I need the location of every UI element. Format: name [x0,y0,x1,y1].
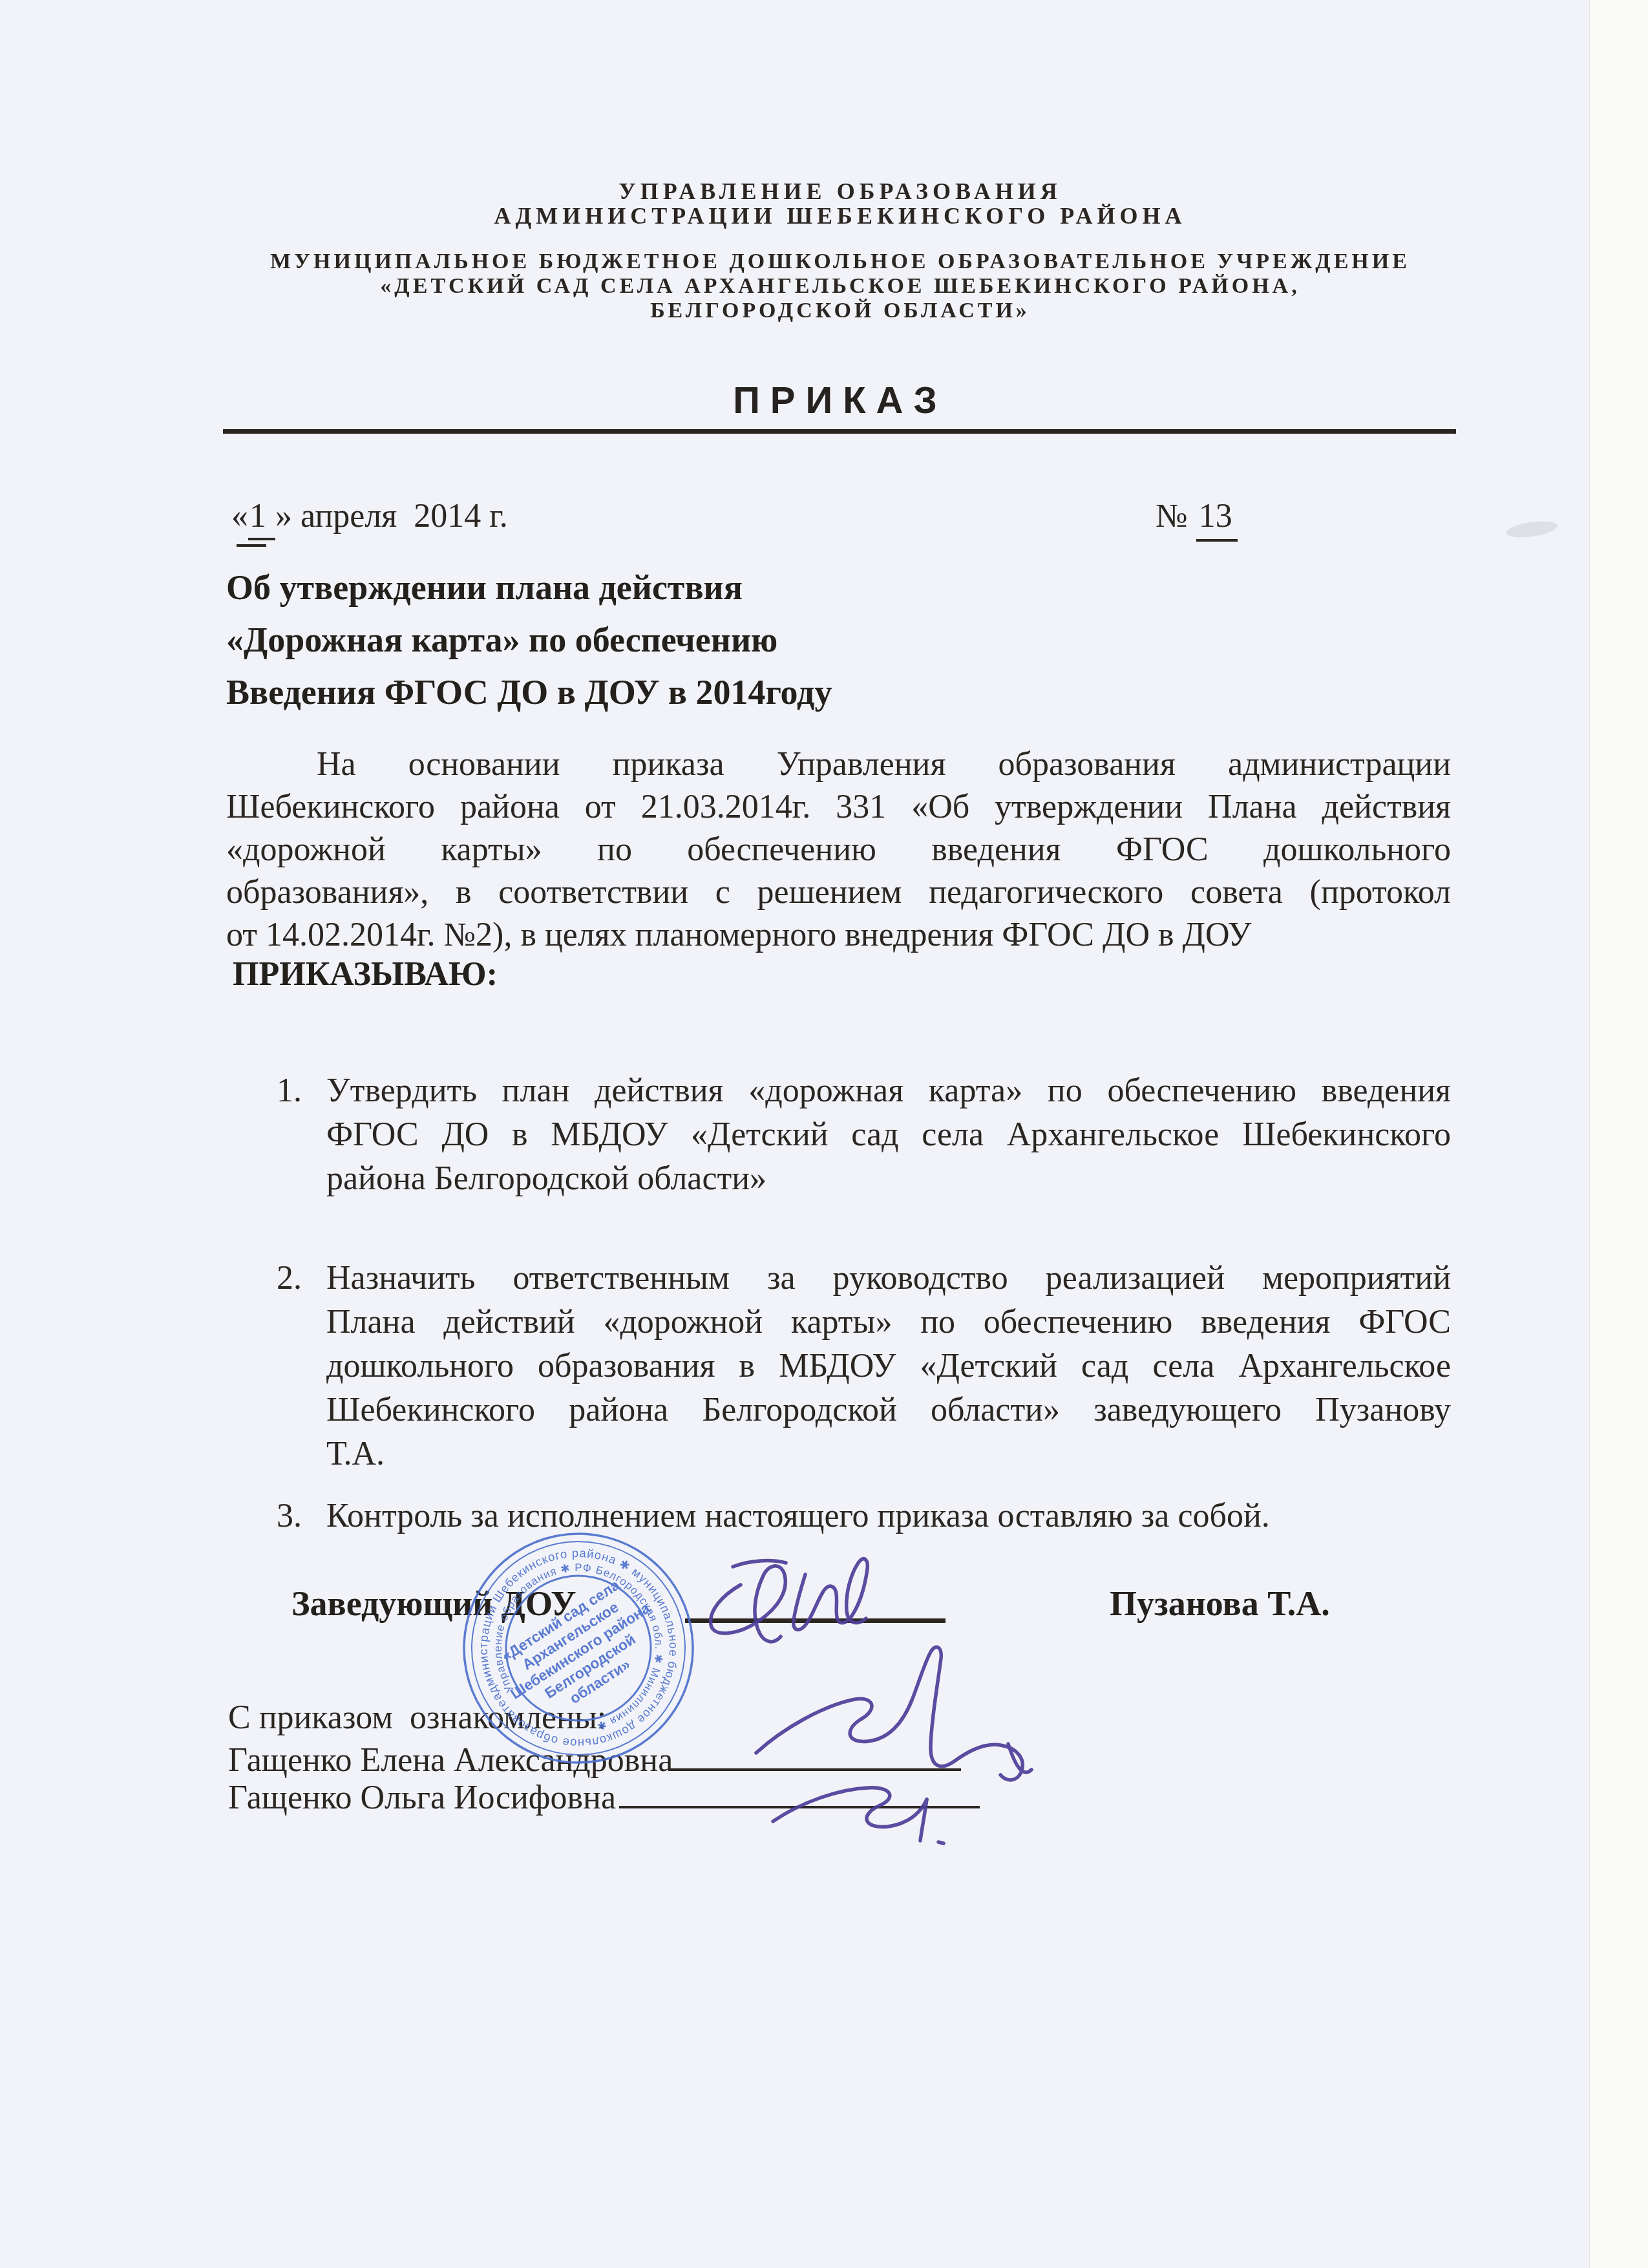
acknowledgement-signature-line-2 [619,1806,980,1808]
person2-signature [773,1788,944,1843]
signer-name: Пузанова Т.А. [1110,1584,1330,1624]
preamble-line: «дорожной карты» по обеспечению введения… [226,829,1451,871]
date-day: 1 [248,495,275,540]
order-item-3: 3. Контроль за исполнением настоящего пр… [226,1494,1451,1538]
item-1-number: 1. [277,1069,302,1113]
decree-word: ПРИКАЗЫВАЮ: [233,955,498,993]
subject-line-2: «Дорожная карта» по обеспечению [226,620,777,660]
preamble-line: образования», в соответствии с решением … [226,871,1451,914]
round-stamp: администрации Шебекинского района ✱ муни… [460,1530,697,1766]
item-2-number: 2. [277,1256,302,1300]
item-1-line: Утвердить план действия «дорожная карта»… [326,1069,1451,1113]
item-2-line: Плана действий «дорожной карты» по обесп… [326,1300,1451,1344]
signature-line [685,1618,945,1623]
subject-line-3: Введения ФГОС ДО в ДОУ в 2014году [226,672,832,712]
acknowledgement-signature-line-1 [669,1768,961,1771]
preamble-line: от 14.02.2014г. №2), в целях планомерног… [226,914,1451,957]
institution-line-1: МУНИЦИПАЛЬНОЕ БЮДЖЕТНОЕ ДОШКОЛЬНОЕ ОБРАЗ… [226,249,1454,274]
item-2-line: Шебекинского района Белгородской области… [326,1388,1451,1432]
date-close-quote: » [275,498,292,535]
order-number: № 13 [1156,495,1238,542]
director-signature [711,1559,868,1642]
org-name-line-1: УПРАВЛЕНИЕ ОБРАЗОВАНИЯ [226,179,1454,204]
item-1-line: ФГОС ДО в МБДОУ «Детский сад села Арханг… [326,1113,1451,1157]
date-open-quote: « [231,498,248,535]
number-sign: № [1156,498,1196,535]
preamble-line: На основании приказа Управления образова… [226,743,1451,786]
item-2-line: Назначить ответственным за руководство р… [326,1256,1451,1300]
institution-line-3: БЕЛГОРОДСКОЙ ОБЛАСТИ» [226,299,1454,323]
subject-line-1: Об утверждении плана действия [226,567,743,608]
date-day-extra-underline [237,544,266,547]
order-item-1: 1. Утвердить план действия «дорожная кар… [226,1069,1451,1201]
preamble-paragraph: На основании приказа Управления образова… [226,743,1451,957]
doc-type-title: ПРИКАЗ [226,379,1454,422]
acknowledgement-person-2: Гащенко Ольга Иосифовна [228,1779,616,1817]
item-3-number: 3. [277,1494,302,1538]
item-2-line: Т.А. [326,1432,1451,1476]
item-1-line: района Белгородской области» [326,1157,1451,1201]
preamble-line: Шебекинского района от 21.03.2014г. 331 … [226,786,1451,829]
scanner-edge-strip [1589,0,1648,2268]
person1-signature [756,1647,1031,1780]
date-line: «1» апреля 2014 г. [231,495,508,540]
date-month-year: апреля 2014 г. [292,498,508,535]
institution-line-2: «ДЕТСКИЙ САД СЕЛА АРХАНГЕЛЬСКОЕ ШЕБЕКИНС… [226,274,1454,299]
order-number-value: 13 [1196,495,1238,542]
scan-smudge-artifact [1505,519,1558,540]
order-item-2: 2. Назначить ответственным за руководств… [226,1256,1451,1476]
header-rule [223,429,1456,434]
org-name-line-2: АДМИНИСТРАЦИИ ШЕБЕКИНСКОГО РАЙОНА [226,204,1454,228]
item-2-line: дошкольного образования в МБДОУ «Детский… [326,1344,1451,1388]
scanned-order-document: УПРАВЛЕНИЕ ОБРАЗОВАНИЯ АДМИНИСТРАЦИИ ШЕБ… [0,0,1648,2268]
